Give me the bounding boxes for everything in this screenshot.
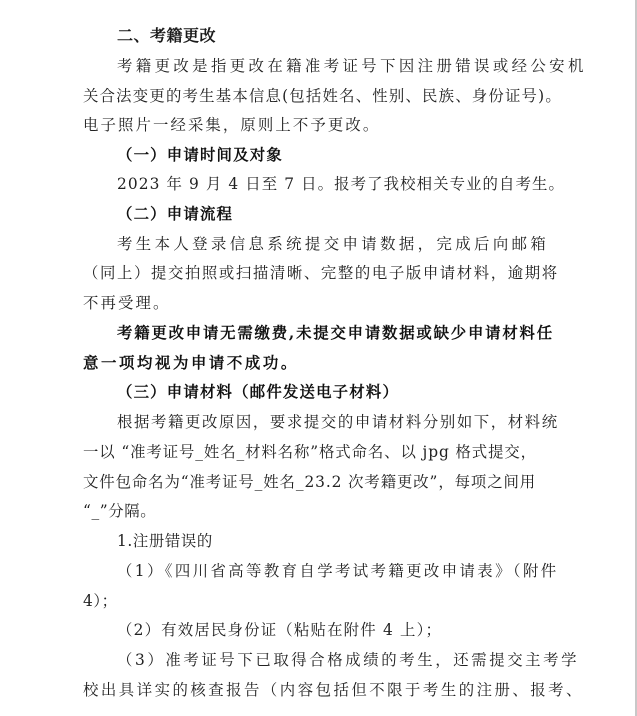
subsection-3-line-4: “_”分隔。 — [83, 501, 156, 521]
section-title: 二、考籍更改 — [117, 26, 216, 46]
item-line-1: （1）《四川省高等教育自学考试考籍更改申请表》（附件 — [117, 561, 559, 581]
subsection-3-line-2: 一以 “准考证号_姓名_材料名称”格式命名、以 jpg 格式提交， — [83, 442, 537, 462]
subsection-3-line-1: 根据考籍更改原因，要求提交的申请材料分别如下，材料统 — [117, 412, 559, 432]
notice-line-1: 考籍更改申请无需缴费,未提交申请数据或缺少申请材料任 — [117, 323, 554, 343]
item-line-4: （3）准考证号下已取得合格成绩的考生，还需提交主考学 — [117, 650, 579, 670]
subsection-1-line-1: 2023 年 9 月 4 日至 7 日。报考了我校相关专业的自考生。 — [117, 174, 565, 194]
item-line-2: 4）； — [83, 591, 118, 611]
subsection-2-line-2: （同上）提交拍照或扫描清晰、完整的电子版申请材料，逾期将 — [83, 263, 559, 283]
subsection-3-line-3: 文件包命名为“准考证号_姓名_23.2 次考籍更改”，每项之间用 — [83, 472, 536, 492]
subsection-2-line-3: 不再受理。 — [83, 293, 170, 313]
intro-line-3: 电子照片一经采集，原则上不予更改。 — [83, 115, 380, 135]
subsection-1-title: （一）申请时间及对象 — [117, 145, 283, 165]
subsection-3-title: （三）申请材料（邮件发送电子材料） — [117, 382, 399, 402]
subsection-2-title: （二）申请流程 — [117, 204, 233, 224]
intro-line-1: 考籍更改是指更改在籍准考证号下因注册错误或经公安机 — [117, 56, 587, 76]
item-line-5: 校出具详实的核查报告（内容包括但不限于考生的注册、报考、 — [83, 680, 584, 700]
intro-line-2: 关合法变更的考生基本信息(包括姓名、性别、民族、身份证号)。 — [83, 86, 562, 106]
item-line-3: （2）有效居民身份证（粘贴在附件 4 上）； — [117, 620, 442, 640]
notice-line-2: 意一项均视为申请不成功。 — [83, 353, 299, 373]
item-heading: 1.注册错误的 — [117, 531, 213, 551]
subsection-2-line-1: 考生本人登录信息系统提交申请数据，完成后向邮箱 — [117, 234, 549, 254]
